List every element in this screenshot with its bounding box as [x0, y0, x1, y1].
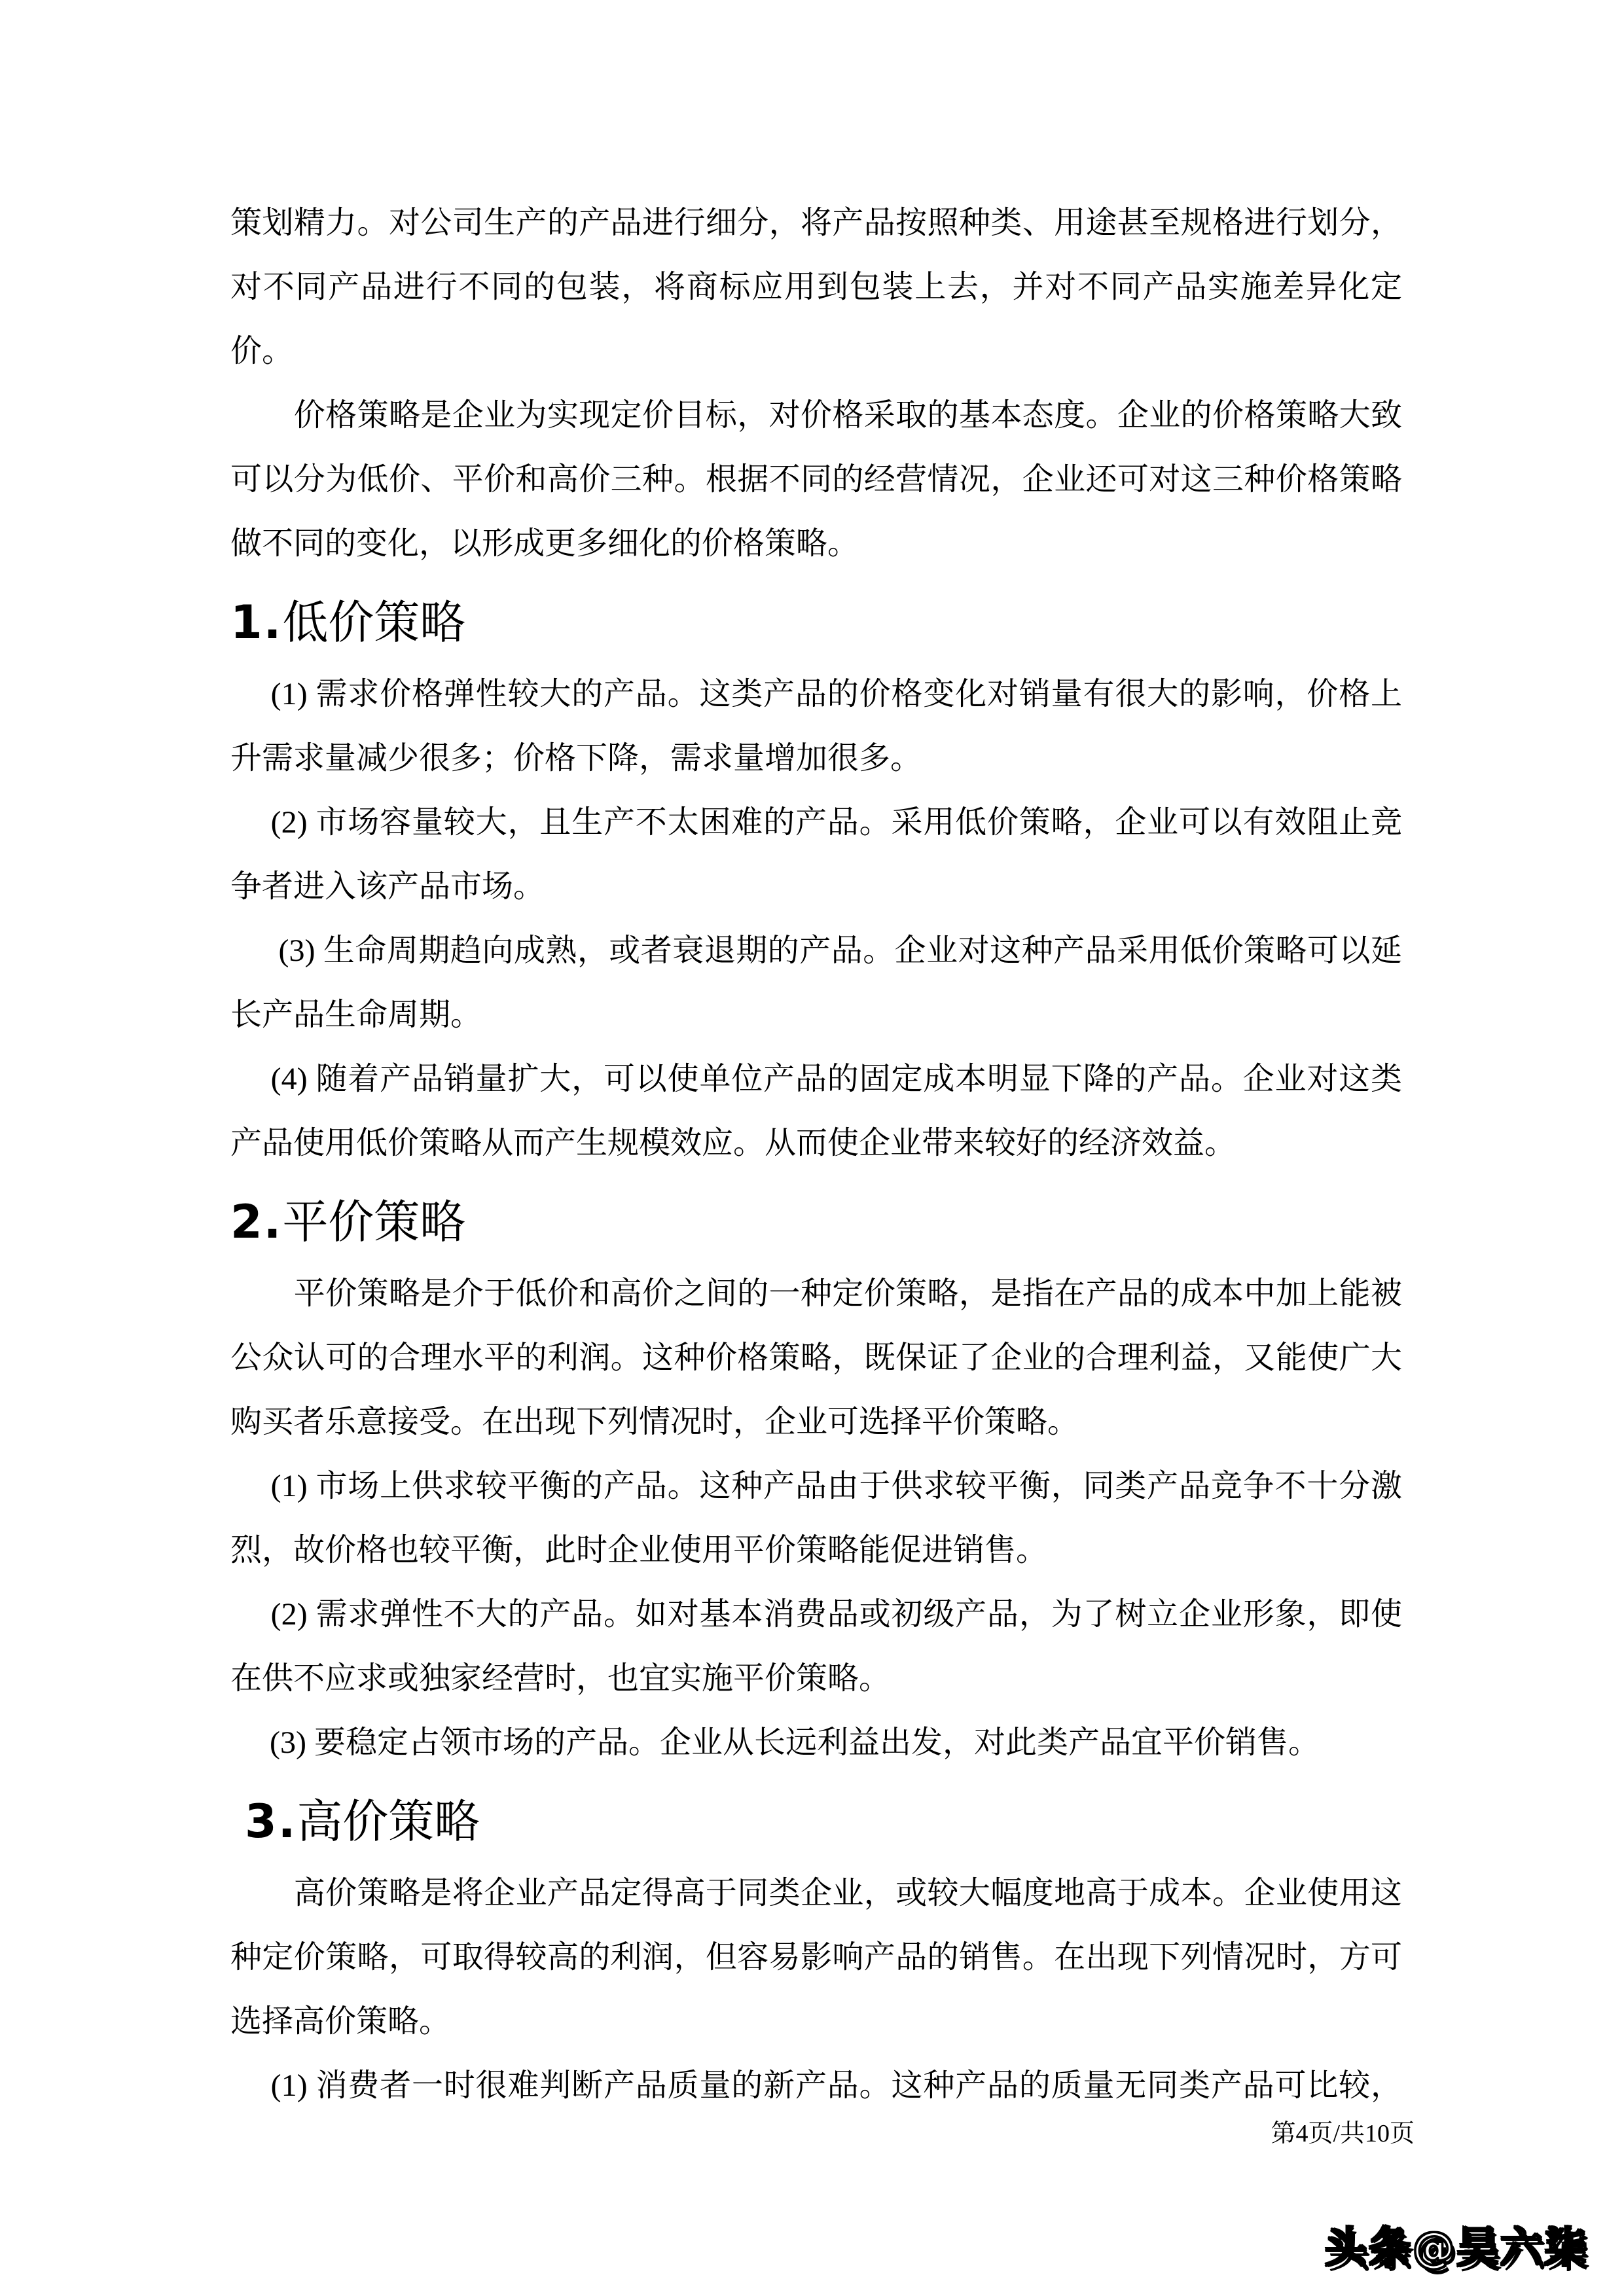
- text-line: 做不同的变化，以形成更多细化的价格策略。: [230, 512, 1402, 576]
- text-line: 选择高价策略。: [230, 1990, 1402, 2054]
- paragraph: 高价策略是将企业产品定得高于同类企业，或较大幅度地高于成本。企业使用这种定价策略…: [230, 1861, 1402, 2054]
- page-number: 第4页/共10页: [1271, 2119, 1415, 2149]
- text-line: 公众认可的合理水平的利润。这种价格策略，既保证了企业的合理利益，又能使广大: [230, 1326, 1402, 1390]
- text-line: 种定价策略，可取得较高的利润，但容易影响产品的销售。在出现下列情况时，方可: [230, 1926, 1402, 1990]
- paragraph: (1) 消费者一时很难判断产品质量的新产品。这种产品的质量无同类产品可比较，: [230, 2054, 1402, 2118]
- text-line: 策划精力。对公司生产的产品进行细分，将产品按照种类、用途甚至规格进行划分，: [230, 191, 1402, 255]
- heading-text: 低价策略: [282, 598, 465, 649]
- document-body: 策划精力。对公司生产的产品进行细分，将产品按照种类、用途甚至规格进行划分，对不同…: [230, 0, 1402, 2118]
- section-heading: 2.平价策略: [230, 1194, 1402, 1251]
- text-line: (3) 要稳定占领市场的产品。企业从长远利益出发，对此类产品宜平价销售。: [230, 1711, 1402, 1775]
- heading-number: 3.: [245, 1795, 297, 1848]
- text-line: 烈，故价格也较平衡，此时企业使用平价策略能促进销售。: [230, 1518, 1402, 1583]
- text-line: 争者进入该产品市场。: [230, 855, 1402, 919]
- text-line: (3) 生命周期趋向成熟，或者衰退期的产品。企业对这种产品采用低价策略可以延: [230, 919, 1402, 983]
- text-line: (1) 需求价格弹性较大的产品。这类产品的价格变化对销量有很大的影响，价格上: [230, 662, 1402, 726]
- section-heading: 3.高价策略: [230, 1793, 1402, 1851]
- section-heading: 1.低价策略: [230, 594, 1402, 652]
- heading-number: 1.: [230, 596, 282, 649]
- paragraph: (2) 市场容量较大，且生产不太困难的产品。采用低价策略，企业可以有效阻止竞争者…: [230, 791, 1402, 919]
- text-line: 平价策略是介于低价和高价之间的一种定价策略，是指在产品的成本中加上能被: [230, 1262, 1402, 1326]
- paragraph: (1) 需求价格弹性较大的产品。这类产品的价格变化对销量有很大的影响，价格上升需…: [230, 662, 1402, 791]
- text-line: (1) 市场上供求较平衡的产品。这种产品由于供求较平衡，同类产品竞争不十分激: [230, 1454, 1402, 1518]
- heading-text: 高价策略: [297, 1797, 480, 1848]
- watermark-text: 头条@吴六柒: [1325, 2221, 1588, 2276]
- heading-number: 2.: [230, 1195, 282, 1249]
- text-line: (2) 需求弹性不大的产品。如对基本消费品或初级产品，为了树立企业形象，即使: [230, 1583, 1402, 1647]
- document-page: 策划精力。对公司生产的产品进行细分，将产品按照种类、用途甚至规格进行划分，对不同…: [0, 0, 1624, 2296]
- paragraph: 平价策略是介于低价和高价之间的一种定价策略，是指在产品的成本中加上能被公众认可的…: [230, 1262, 1402, 1454]
- text-line: 长产品生命周期。: [230, 983, 1402, 1047]
- paragraph: (2) 需求弹性不大的产品。如对基本消费品或初级产品，为了树立企业形象，即使在供…: [230, 1583, 1402, 1711]
- text-line: (1) 消费者一时很难判断产品质量的新产品。这种产品的质量无同类产品可比较，: [230, 2054, 1402, 2118]
- text-line: (2) 市场容量较大，且生产不太困难的产品。采用低价策略，企业可以有效阻止竞: [230, 791, 1402, 855]
- text-line: 产品使用低价策略从而产生规模效应。从而使企业带来较好的经济效益。: [230, 1111, 1402, 1175]
- paragraph: (3) 要稳定占领市场的产品。企业从长远利益出发，对此类产品宜平价销售。: [230, 1711, 1402, 1775]
- text-line: 价格策略是企业为实现定价目标，对价格采取的基本态度。企业的价格策略大致: [230, 384, 1402, 448]
- text-line: 在供不应求或独家经营时，也宜实施平价策略。: [230, 1647, 1402, 1711]
- heading-text: 平价策略: [282, 1198, 465, 1248]
- text-line: 对不同产品进行不同的包装，将商标应用到包装上去，并对不同产品实施差异化定: [230, 255, 1402, 319]
- text-line: 价。: [230, 319, 1402, 384]
- text-line: (4) 随着产品销量扩大，可以使单位产品的固定成本明显下降的产品。企业对这类: [230, 1047, 1402, 1111]
- paragraph: (4) 随着产品销量扩大，可以使单位产品的固定成本明显下降的产品。企业对这类产品…: [230, 1047, 1402, 1175]
- paragraph: 价格策略是企业为实现定价目标，对价格采取的基本态度。企业的价格策略大致可以分为低…: [230, 384, 1402, 576]
- paragraph: 策划精力。对公司生产的产品进行细分，将产品按照种类、用途甚至规格进行划分，对不同…: [230, 191, 1402, 384]
- paragraph: (3) 生命周期趋向成熟，或者衰退期的产品。企业对这种产品采用低价策略可以延长产…: [230, 919, 1402, 1047]
- text-line: 可以分为低价、平价和高价三种。根据不同的经营情况，企业还可对这三种价格策略: [230, 448, 1402, 512]
- text-line: 升需求量减少很多；价格下降，需求量增加很多。: [230, 726, 1402, 791]
- paragraph: (1) 市场上供求较平衡的产品。这种产品由于供求较平衡，同类产品竞争不十分激烈，…: [230, 1454, 1402, 1583]
- text-line: 高价策略是将企业产品定得高于同类企业，或较大幅度地高于成本。企业使用这: [230, 1861, 1402, 1926]
- text-line: 购买者乐意接受。在出现下列情况时，企业可选择平价策略。: [230, 1390, 1402, 1454]
